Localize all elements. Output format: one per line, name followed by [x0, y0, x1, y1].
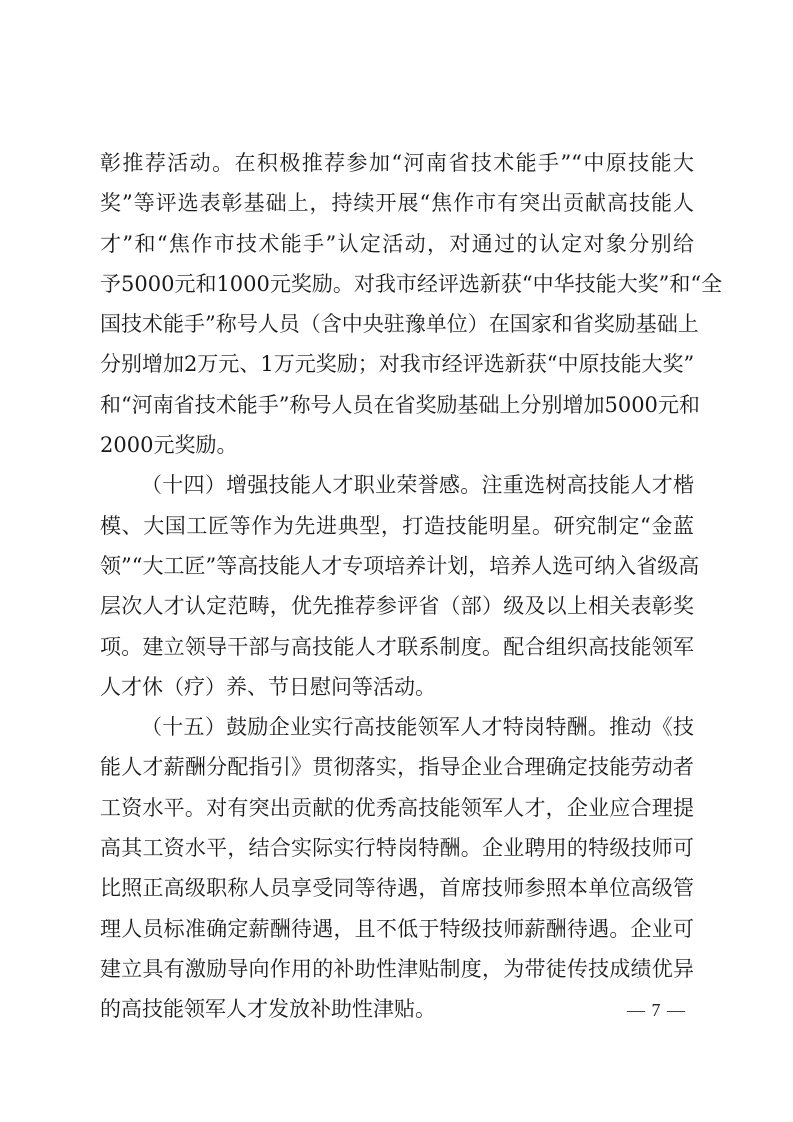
text-line: 能人才薪酬分配指引》贯彻落实，指导企业合理确定技能劳动者	[100, 747, 694, 787]
section-heading-line: （十五）鼓励企业实行高技能领军人才特岗特酬。推动《技	[100, 707, 694, 747]
text-line: 分别增加2万元、1万元奖励；对我市经评选新获“中原技能大奖”	[100, 344, 694, 384]
text-line: 高其工资水平，结合实际实行特岗特酬。企业聘用的特级技师可	[100, 828, 694, 868]
document-page: 彰推荐活动。在积极推荐参加“河南省技术能手”“中原技能大 奖”等评选表彰基础上，…	[0, 0, 793, 1122]
text-line: 理人员标准确定薪酬待遇，且不低于特级技师薪酬待遇。企业可	[100, 909, 694, 949]
section-heading-line: （十四）增强技能人才职业荣誉感。注重选树高技能人才楷	[100, 465, 694, 505]
text-line: 项。建立领导干部与高技能人才联系制度。配合组织高技能领军	[100, 627, 694, 667]
text-line: 领”“大工匠”等高技能人才专项培养计划，培养人选可纳入省级高	[100, 546, 694, 586]
text-line: 模、大国工匠等作为先进典型，打造技能明星。研究制定“金蓝	[100, 506, 694, 546]
text-line: 彰推荐活动。在积极推荐参加“河南省技术能手”“中原技能大	[100, 143, 694, 183]
text-line: 国技术能手”称号人员（含中央驻豫单位）在国家和省奖励基础上	[100, 304, 694, 344]
text-line: 层次人才认定范畴，优先推荐参评省（部）级及以上相关表彰奖	[100, 586, 694, 626]
text-line: 2000元奖励。	[100, 425, 694, 465]
text-line: 比照正高级职称人员享受同等待遇，首席技师参照本单位高级管	[100, 868, 694, 908]
text-line: 建立具有激励导向作用的补助性津贴制度，为带徒传技成绩优异	[100, 949, 694, 989]
text-line: 奖”等评选表彰基础上，持续开展“焦作市有突出贡献高技能人	[100, 183, 694, 223]
page-number: — 7 —	[627, 1000, 686, 1021]
text-line: 才”和“焦作市技术能手”认定活动，对通过的认定对象分别给	[100, 224, 694, 264]
text-line: 人才休（疗）养、节日慰问等活动。	[100, 667, 694, 707]
text-line: 工资水平。对有突出贡献的优秀高技能领军人才，企业应合理提	[100, 788, 694, 828]
body-text: 彰推荐活动。在积极推荐参加“河南省技术能手”“中原技能大 奖”等评选表彰基础上，…	[100, 143, 694, 1030]
text-line: 的高技能领军人才发放补助性津贴。	[100, 989, 694, 1029]
text-line: 予5000元和1000元奖励。对我市经评选新获“中华技能大奖”和“全	[100, 264, 694, 304]
text-line: 和“河南省技术能手”称号人员在省奖励基础上分别增加5000元和	[100, 385, 694, 425]
